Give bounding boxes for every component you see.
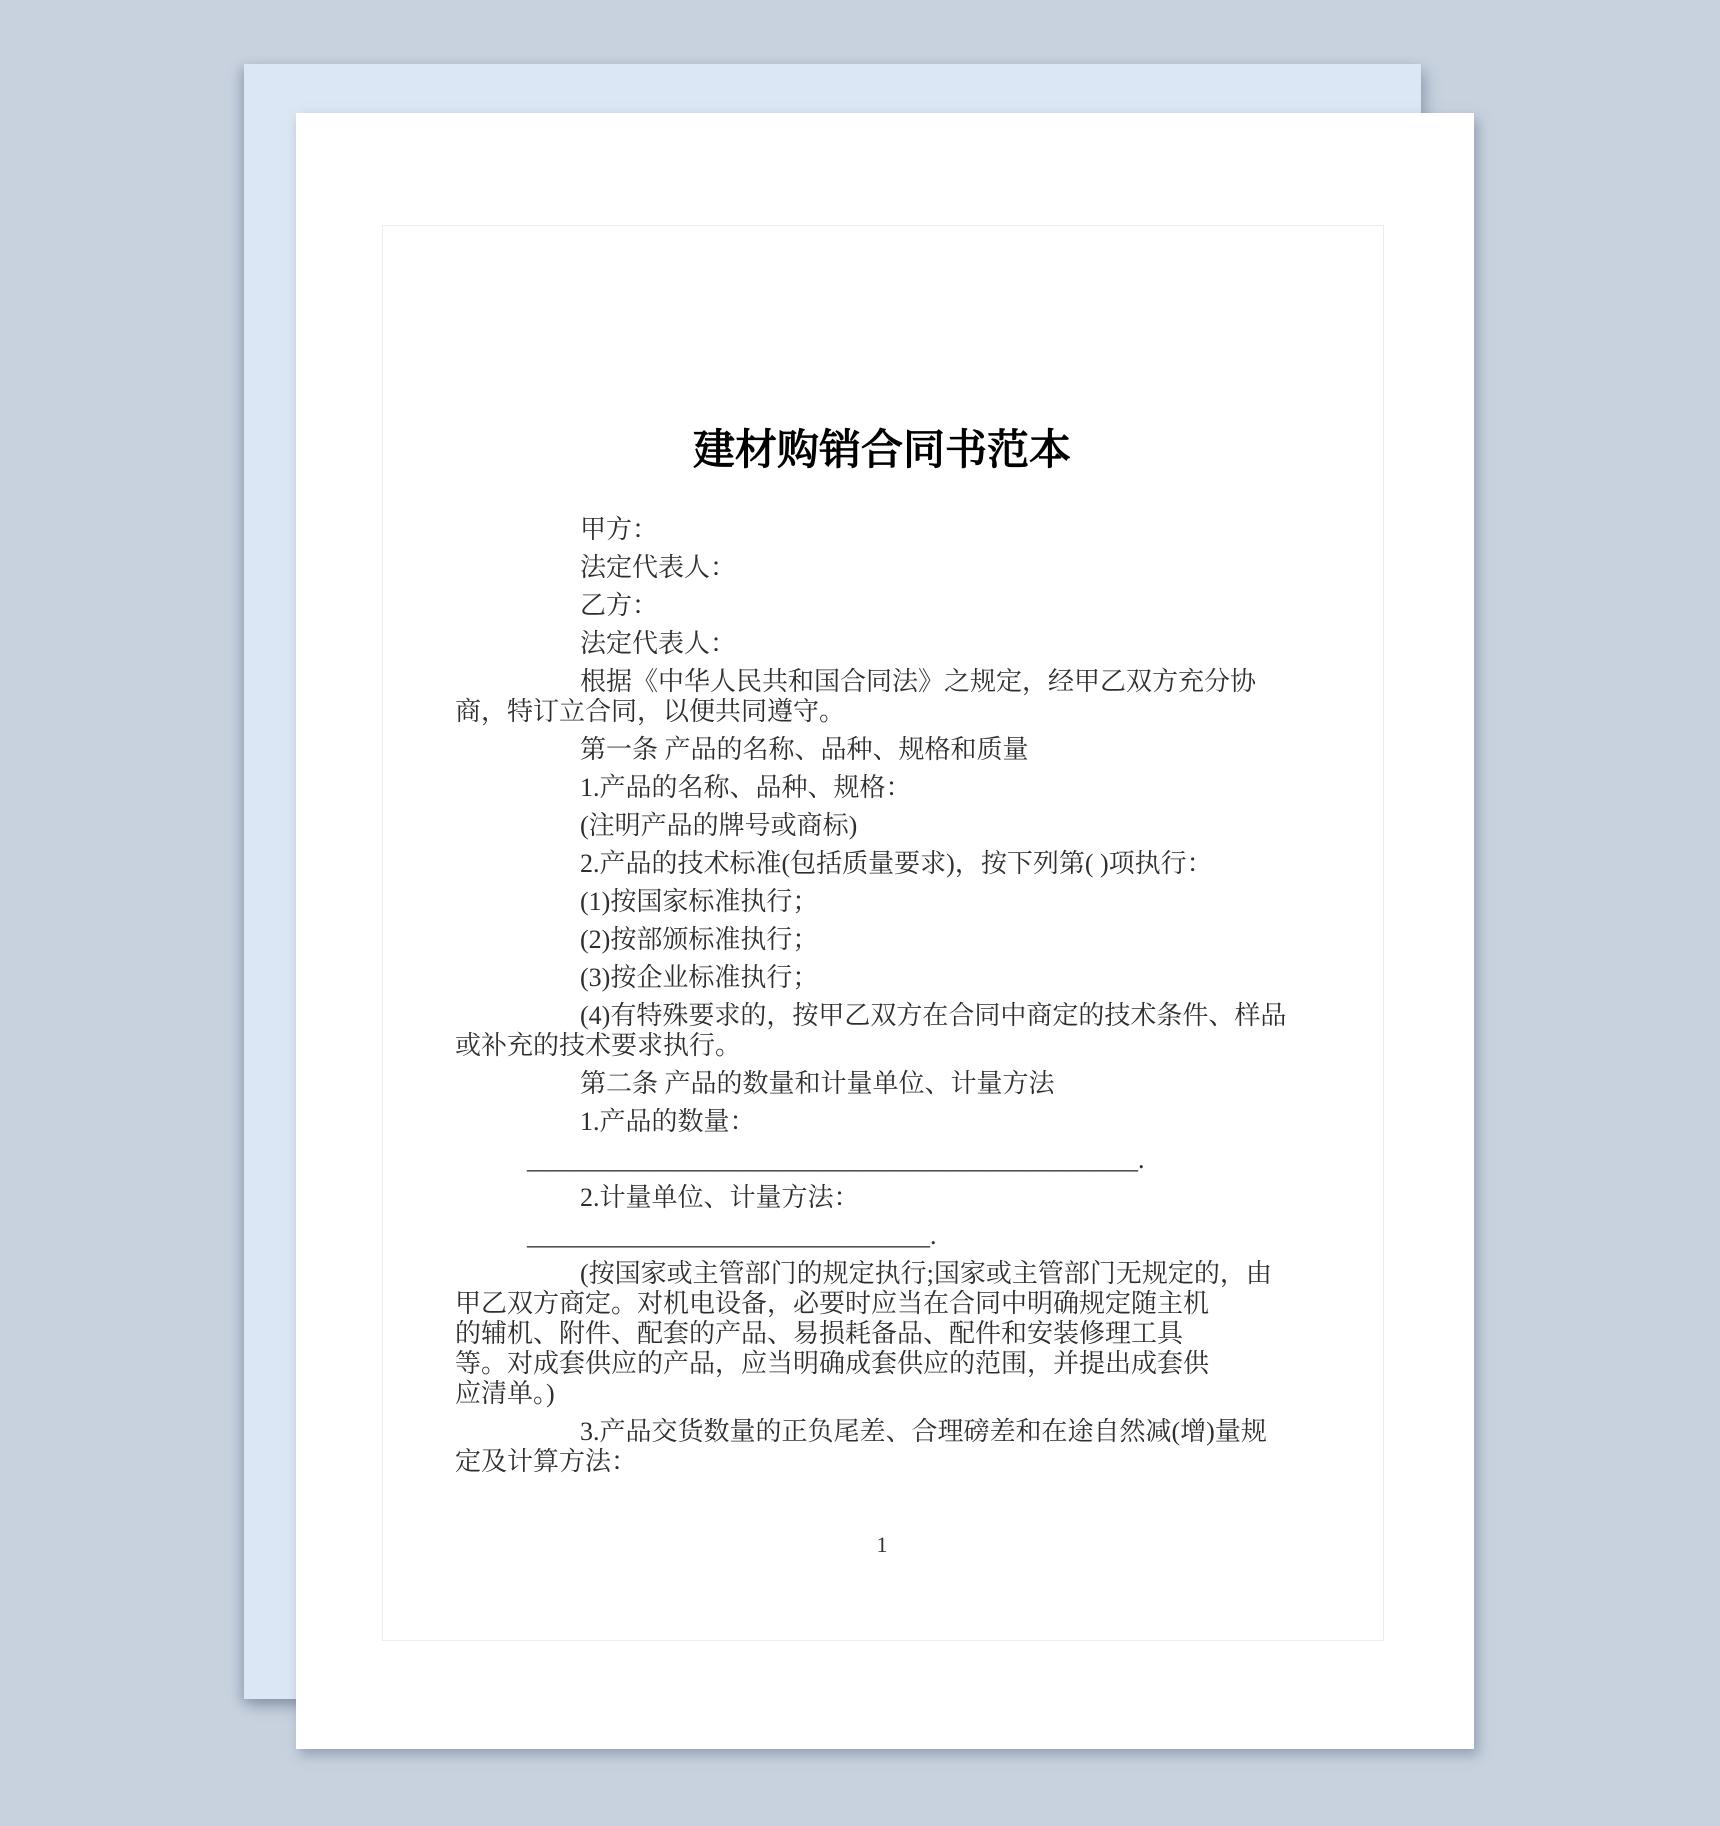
text-line: 2.产品的技术标准(包括质量要求)，按下列第( )项执行： (455, 849, 1325, 879)
text-line: 的辅机、附件、配套的产品、易损耗备品、配件和安装修理工具 (455, 1319, 1325, 1349)
text-line: _______________________________. (455, 1221, 1325, 1251)
text-line: 等。对成套供应的产品，应当明确成套供应的范围，并提出成套供 (455, 1349, 1325, 1379)
text-line: 应清单。) (455, 1379, 1325, 1409)
text-line: 或补充的技术要求执行。 (455, 1031, 1325, 1061)
text-line: 2.计量单位、计量方法： (455, 1183, 1325, 1213)
text-line: 法定代表人： (455, 629, 1325, 659)
contract-page: 建材购销合同书范本 甲方：法定代表人：乙方：法定代表人：根据《中华人民共和国合同… (296, 113, 1474, 1749)
text-line: 3.产品交货数量的正负尾差、合理磅差和在途自然减(增)量规 (455, 1417, 1325, 1447)
text-line: 商，特订立合同，以便共同遵守。 (455, 697, 1325, 727)
text-line: 定及计算方法： (455, 1447, 1325, 1477)
text-line: ________________________________________… (455, 1145, 1325, 1175)
text-line: 甲方： (455, 515, 1325, 545)
text-line: (2)按部颁标准执行； (455, 925, 1325, 955)
text-line: (1)按国家标准执行； (455, 887, 1325, 917)
contract-title: 建材购销合同书范本 (382, 427, 1382, 473)
text-line: 甲乙双方商定。对机电设备，必要时应当在合同中明确规定随主机 (455, 1289, 1325, 1319)
text-line: 第二条 产品的数量和计量单位、计量方法 (455, 1069, 1325, 1099)
text-line: 法定代表人： (455, 553, 1325, 583)
text-line: 1.产品的名称、品种、规格： (455, 773, 1325, 803)
text-line: (按国家或主管部门的规定执行;国家或主管部门无规定的，由 (455, 1259, 1325, 1289)
app-background: 建材购销合同书范本 甲方：法定代表人：乙方：法定代表人：根据《中华人民共和国合同… (0, 0, 1720, 1826)
text-line: 根据《中华人民共和国合同法》之规定，经甲乙双方充分协 (455, 667, 1325, 697)
text-line: (注明产品的牌号或商标) (455, 811, 1325, 841)
text-line: 乙方： (455, 591, 1325, 621)
page-number: 1 (382, 1532, 1382, 1558)
text-line: 第一条 产品的名称、品种、规格和质量 (455, 735, 1325, 765)
contract-body: 甲方：法定代表人：乙方：法定代表人：根据《中华人民共和国合同法》之规定，经甲乙双… (455, 515, 1325, 1485)
text-line: 1.产品的数量： (455, 1107, 1325, 1137)
text-line: (4)有特殊要求的，按甲乙双方在合同中商定的技术条件、样品 (455, 1001, 1325, 1031)
text-line: (3)按企业标准执行； (455, 963, 1325, 993)
